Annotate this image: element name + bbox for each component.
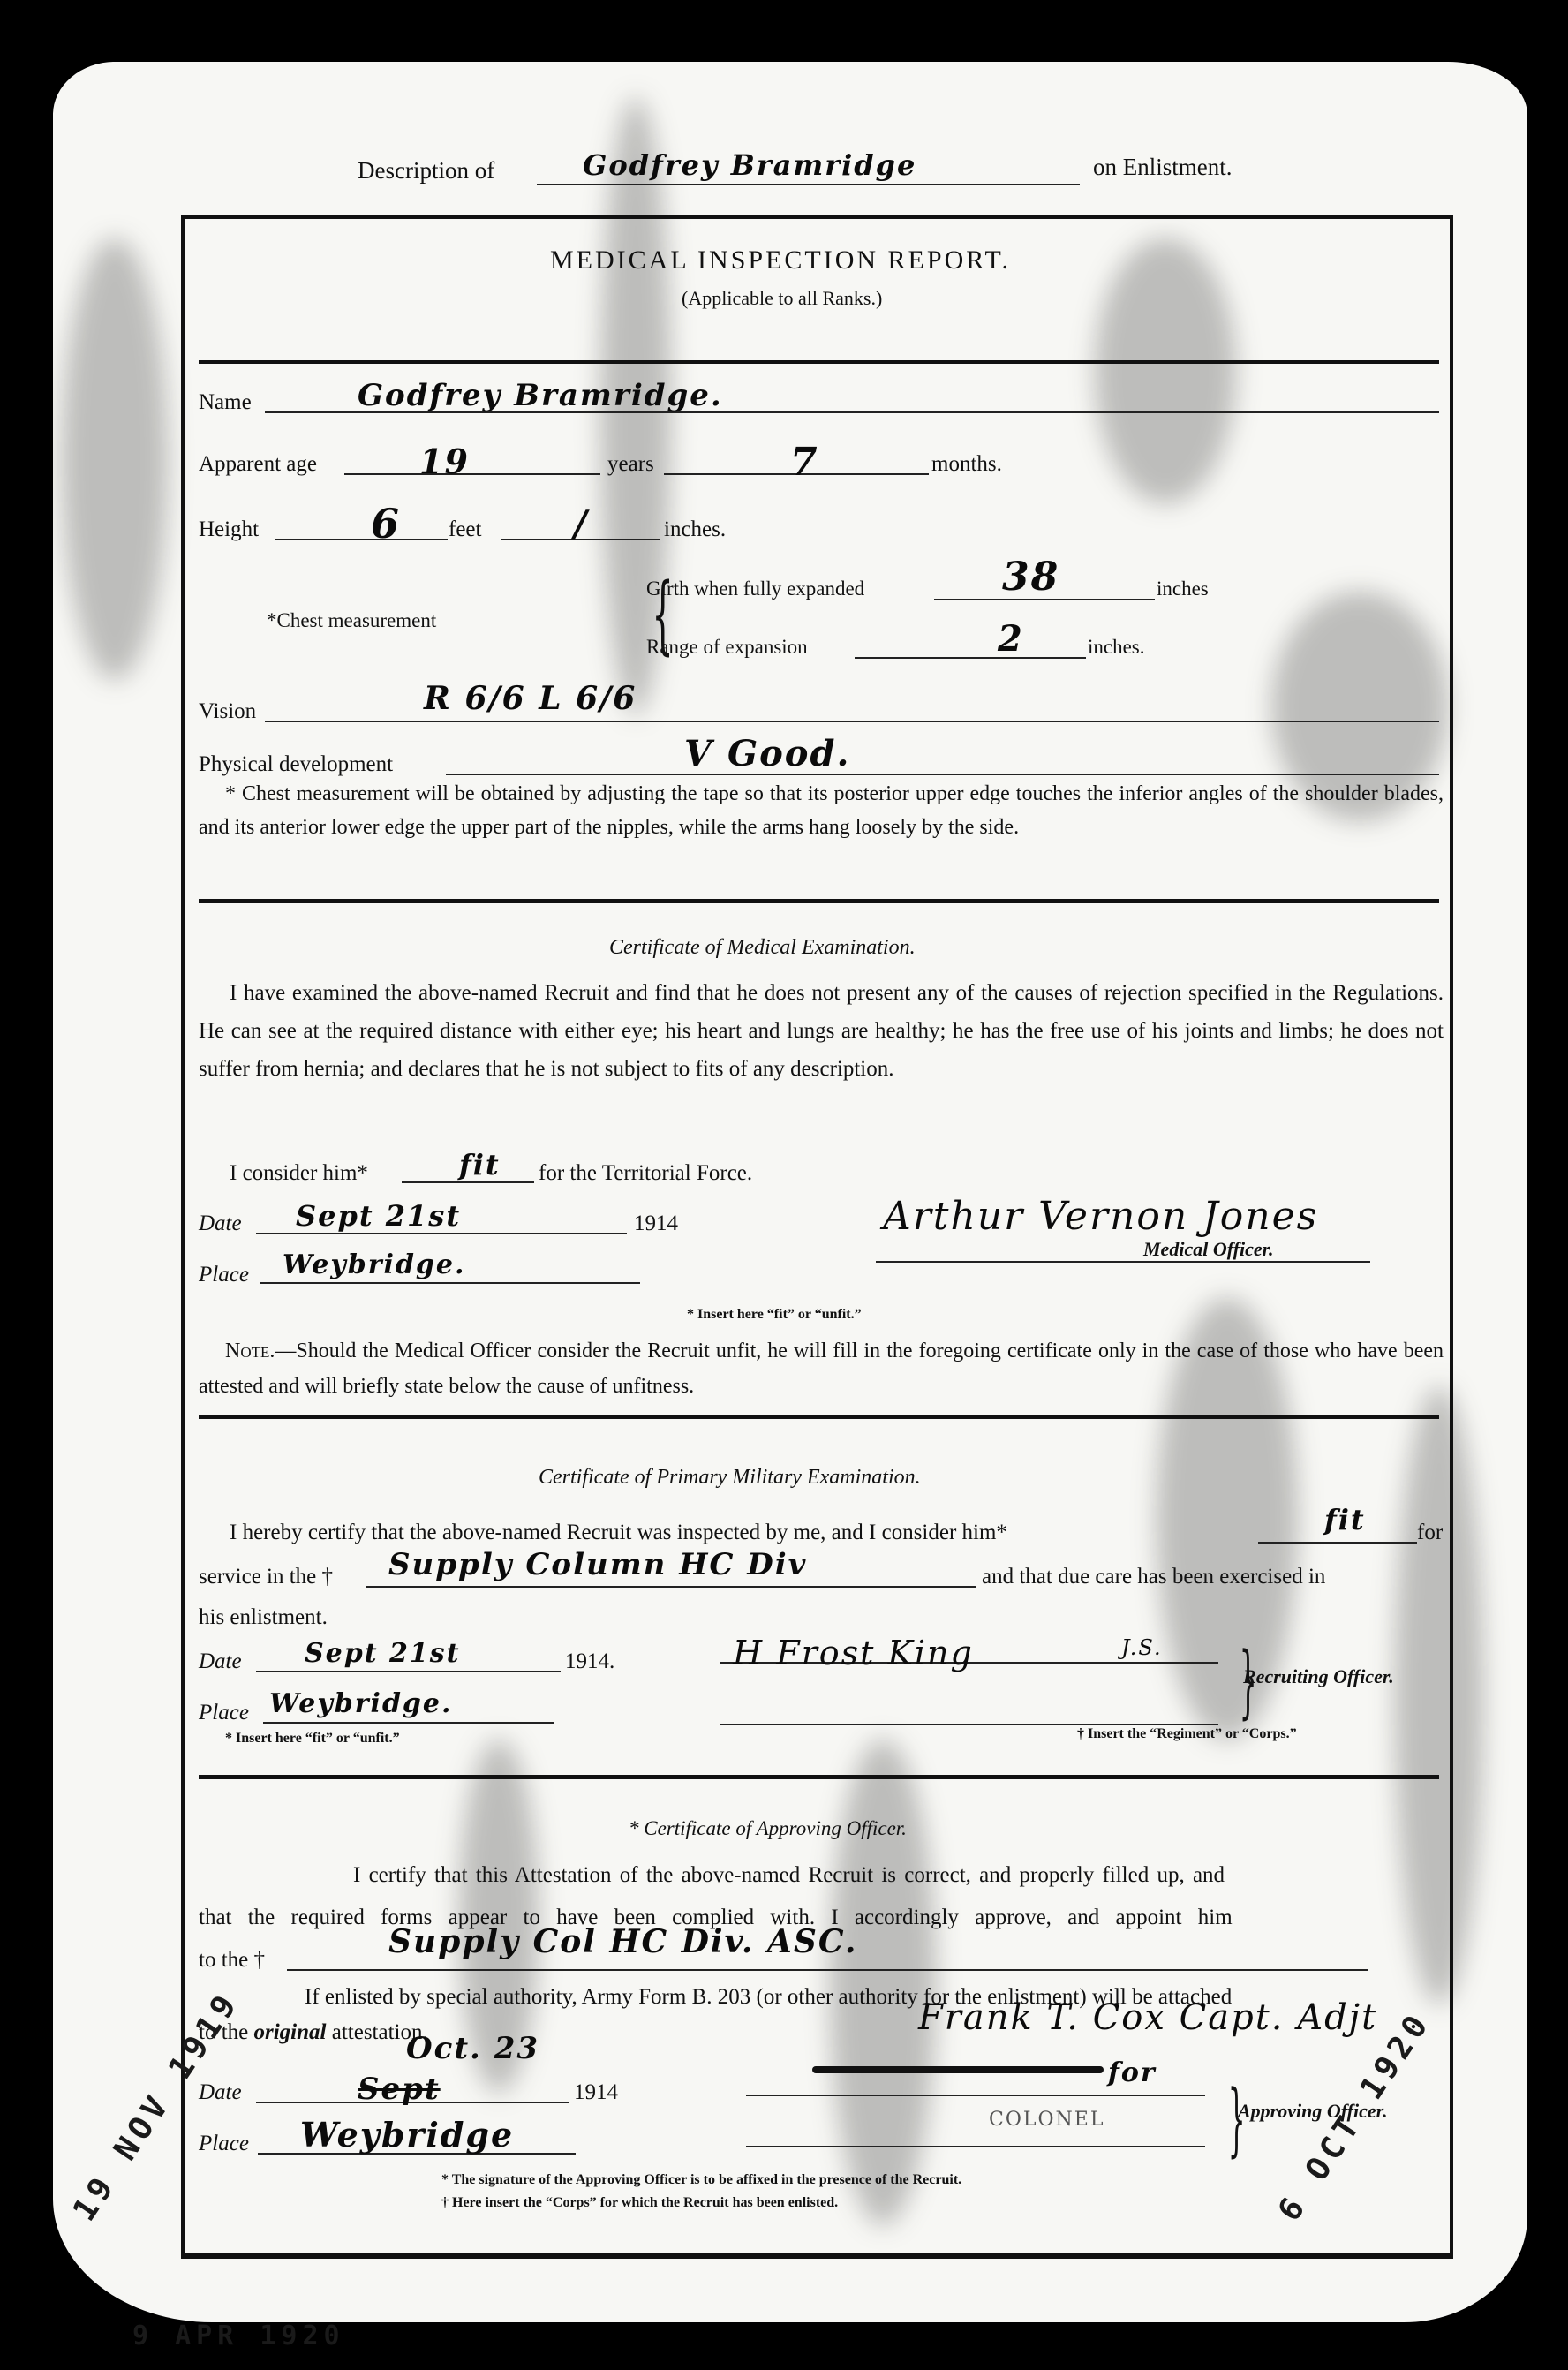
medical-place-value: Weybridge. bbox=[283, 1249, 465, 1280]
military-date-label: Date bbox=[199, 1649, 242, 1674]
approving-body-line1: I certify that this Attestation of the a… bbox=[353, 1863, 1225, 1888]
stamp-bottom: 9 APR 1920 bbox=[132, 2321, 345, 2351]
feet-label: feet bbox=[449, 517, 481, 542]
header-prefix: Description of bbox=[358, 157, 494, 185]
colonel-stamp: COLONEL bbox=[989, 2109, 1104, 2131]
name-label: Name bbox=[199, 390, 252, 415]
approving-date-year: 1914 bbox=[574, 2080, 618, 2105]
medical-officer-signature: Arthur Vernon Jones bbox=[883, 1194, 1318, 1239]
report-title: MEDICAL INSPECTION REPORT. bbox=[550, 245, 1011, 275]
medical-cert-body: I have examined the above-named Recruit … bbox=[199, 974, 1444, 1088]
approving-to-the-value: Supply Col HC Div. ASC. bbox=[388, 1923, 857, 1960]
note-label: Note. bbox=[225, 1340, 275, 1362]
vision-label: Vision bbox=[199, 699, 256, 724]
recruiting-officer-role: Recruiting Officer. bbox=[1243, 1665, 1394, 1688]
medical-officer-role: Medical Officer. bbox=[1143, 1238, 1273, 1261]
approving-to-the-prefix: to the † bbox=[199, 1948, 265, 1973]
physical-label: Physical development bbox=[199, 752, 393, 777]
medical-consider-prefix: I consider him* bbox=[230, 1161, 368, 1186]
header-name: Godfrey Bramridge bbox=[583, 148, 916, 182]
range-unit: inches. bbox=[1088, 636, 1145, 659]
military-place-value: Weybridge. bbox=[269, 1688, 452, 1719]
military-cert-heading: Certificate of Primary Military Examinat… bbox=[539, 1466, 921, 1490]
girth-value: 38 bbox=[1002, 555, 1059, 600]
approving-footnote1: * The signature of the Approving Officer… bbox=[441, 2172, 961, 2188]
medical-cert-heading: Certificate of Medical Examination. bbox=[609, 936, 916, 960]
military-insert-fit-note: * Insert here “fit” or “unfit.” bbox=[225, 1731, 400, 1747]
age-label: Apparent age bbox=[199, 452, 317, 477]
approving-place-label: Place bbox=[199, 2132, 249, 2156]
age-years-value: 19 bbox=[419, 442, 470, 481]
military-insert-corps-note: † Insert the “Regiment” or “Corps.” bbox=[1077, 1726, 1297, 1742]
medical-consider-value: fit bbox=[459, 1148, 501, 1181]
recruiting-officer-signature-extra: J.S. bbox=[1121, 1635, 1163, 1660]
medical-consider-suffix: for the Territorial Force. bbox=[539, 1161, 752, 1186]
medical-insert-note: * Insert here “fit” or “unfit.” bbox=[687, 1307, 862, 1323]
chest-footnote: * Chest measurement will be obtained by … bbox=[199, 777, 1444, 844]
medical-note: Note.—Should the Medical Officer conside… bbox=[199, 1333, 1444, 1404]
medical-place-label: Place bbox=[199, 1263, 249, 1287]
note-text: —Should the Medical Officer consider the… bbox=[199, 1340, 1444, 1398]
height-feet-value: 6 bbox=[371, 500, 401, 547]
military-service-prefix: service in the † bbox=[199, 1565, 333, 1589]
approving-signature-for: for bbox=[1108, 2057, 1157, 2088]
range-label: Range of expansion bbox=[646, 636, 808, 659]
military-place-label: Place bbox=[199, 1701, 249, 1725]
age-months-value: 7 bbox=[790, 440, 819, 485]
height-inches-value: / bbox=[574, 503, 589, 545]
vision-value: R 6/6 L 6/6 bbox=[424, 680, 637, 717]
inches-label: inches. bbox=[664, 517, 726, 542]
military-date-value: Sept 21st bbox=[305, 1638, 461, 1669]
approving-cert-heading: * Certificate of Approving Officer. bbox=[629, 1817, 907, 1840]
months-label: months. bbox=[931, 452, 1002, 477]
recruiting-officer-signature: H Frost King bbox=[733, 1634, 974, 1672]
military-line1-prefix: I hereby certify that the above-named Re… bbox=[230, 1521, 1007, 1545]
approving-place-value: Weybridge bbox=[300, 2115, 514, 2155]
special-line2-original: original bbox=[254, 2020, 327, 2044]
military-service-suffix: and that due care has been exercised in bbox=[982, 1565, 1325, 1589]
military-line1-suffix: for bbox=[1417, 1521, 1443, 1545]
header-suffix: on Enlistment. bbox=[1093, 154, 1233, 181]
range-value: 2 bbox=[998, 618, 1024, 660]
approving-date-correction: Oct. 23 bbox=[406, 2031, 539, 2066]
girth-label: Girth when fully expanded bbox=[646, 577, 864, 600]
years-label: years bbox=[607, 452, 654, 477]
height-label: Height bbox=[199, 517, 259, 542]
medical-date-label: Date bbox=[199, 1211, 242, 1236]
name-value: Godfrey Bramridge. bbox=[358, 378, 723, 413]
medical-date-value: Sept 21st bbox=[296, 1199, 461, 1233]
military-fit-value: fit bbox=[1324, 1503, 1366, 1536]
military-service-value: Supply Column HC Div bbox=[388, 1547, 807, 1582]
approving-footnote2: † Here insert the “Corps” for which the … bbox=[441, 2195, 838, 2211]
medical-date-year: 1914 bbox=[634, 1211, 678, 1236]
chest-label: *Chest measurement bbox=[267, 609, 436, 632]
approving-date-label: Date bbox=[199, 2080, 242, 2105]
military-date-year: 1914. bbox=[565, 1649, 614, 1674]
girth-unit: inches bbox=[1157, 577, 1209, 600]
physical-value: V Good. bbox=[684, 733, 850, 774]
approving-officer-signature: Frank T. Cox Capt. Adjt bbox=[918, 1997, 1377, 2038]
military-line3: his enlistment. bbox=[199, 1605, 328, 1630]
approving-date-struck: Sept bbox=[358, 2072, 441, 2107]
report-subtitle: (Applicable to all Ranks.) bbox=[682, 287, 882, 310]
